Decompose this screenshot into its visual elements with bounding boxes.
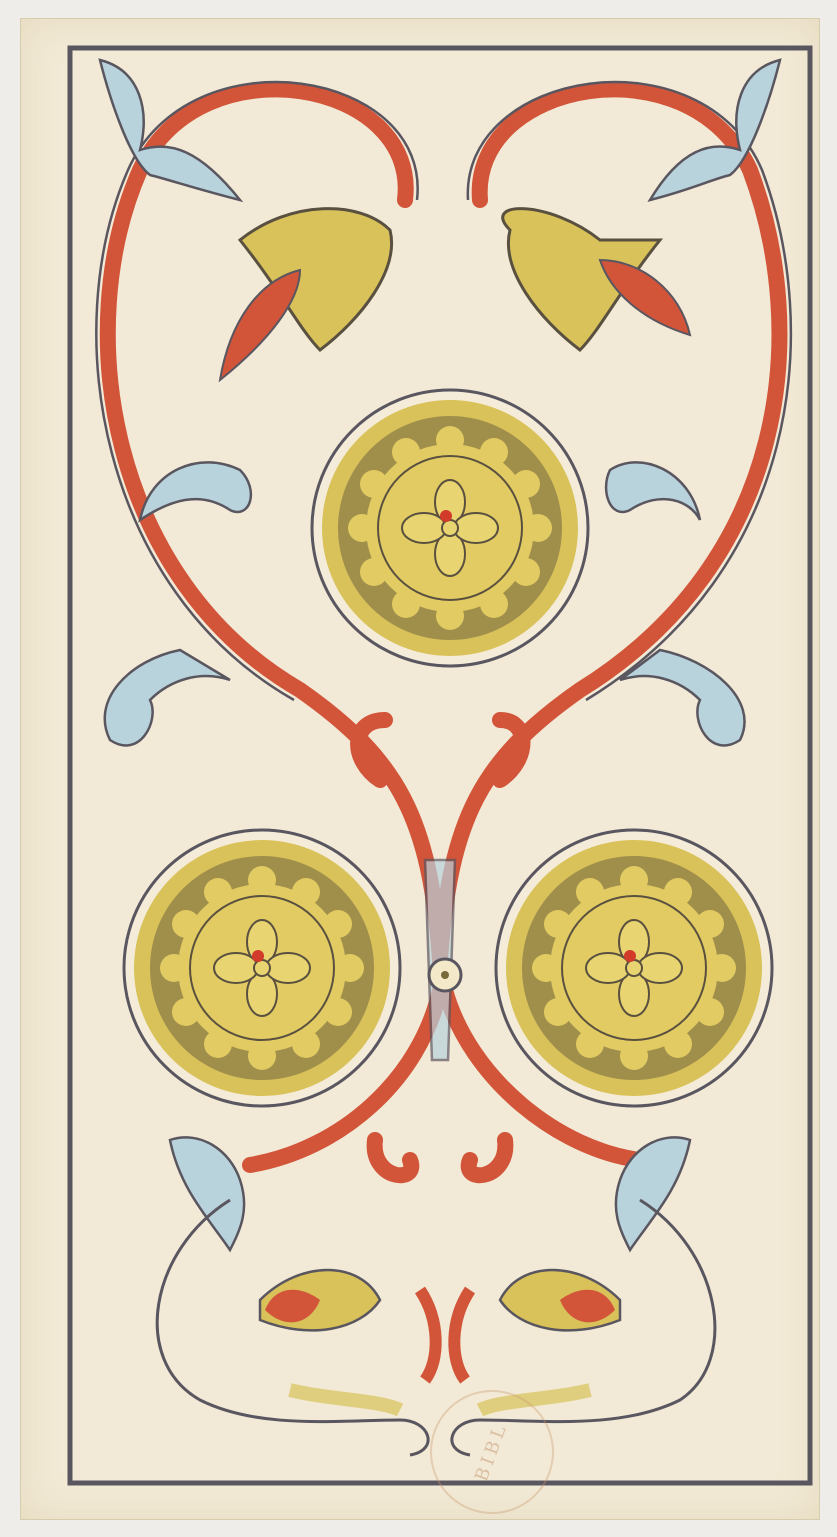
coin-right xyxy=(496,830,772,1106)
top-flowers xyxy=(220,209,690,380)
coin-top xyxy=(312,390,588,666)
card-artwork xyxy=(0,0,837,1537)
coin-left xyxy=(124,830,400,1106)
